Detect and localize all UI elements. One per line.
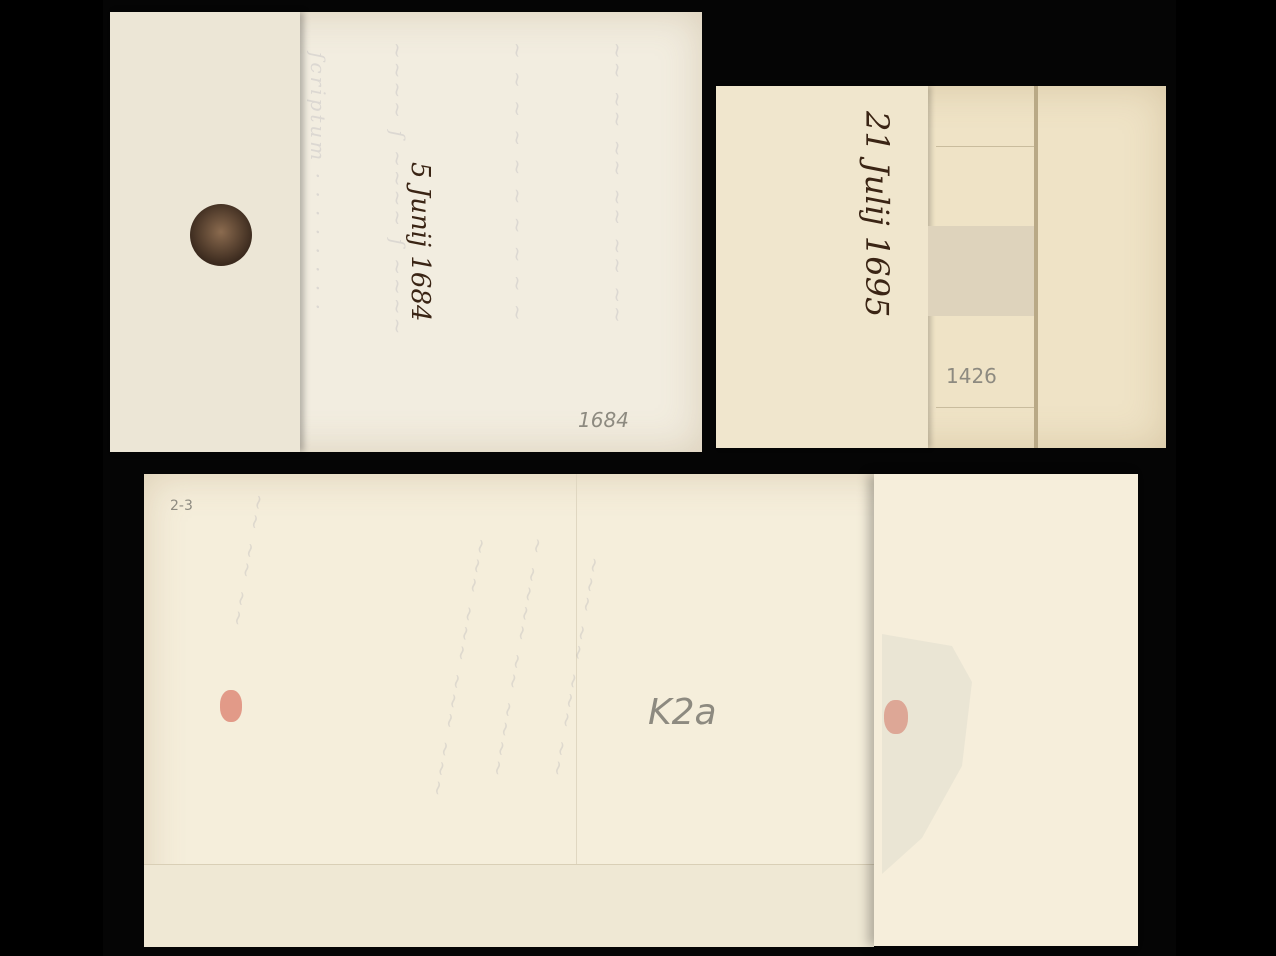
- letter-bottom: ~~ ~~ ~~ ~~~ ~~~ ~~~ ~~~ ~~~~ ~~ ~~~~ ~ …: [144, 474, 1138, 946]
- pencil-corner: 2-3: [170, 498, 193, 514]
- docket-date: 21 Julij 1695: [858, 111, 896, 317]
- letter-top-left: ſcriptum · · · · · · · · ~~~~ ſ ~~~~ ſ ~…: [110, 12, 702, 452]
- pencil-note: 1426: [946, 364, 997, 388]
- wax-seal: [190, 204, 252, 266]
- seal-left: [220, 690, 242, 722]
- docket-date: 5 Junij 1684: [405, 162, 435, 322]
- pencil-note: K2a: [648, 692, 717, 733]
- letter-top-right: 21 Julij 1695 1426: [716, 86, 1166, 448]
- pencil-note: 1684: [578, 408, 629, 432]
